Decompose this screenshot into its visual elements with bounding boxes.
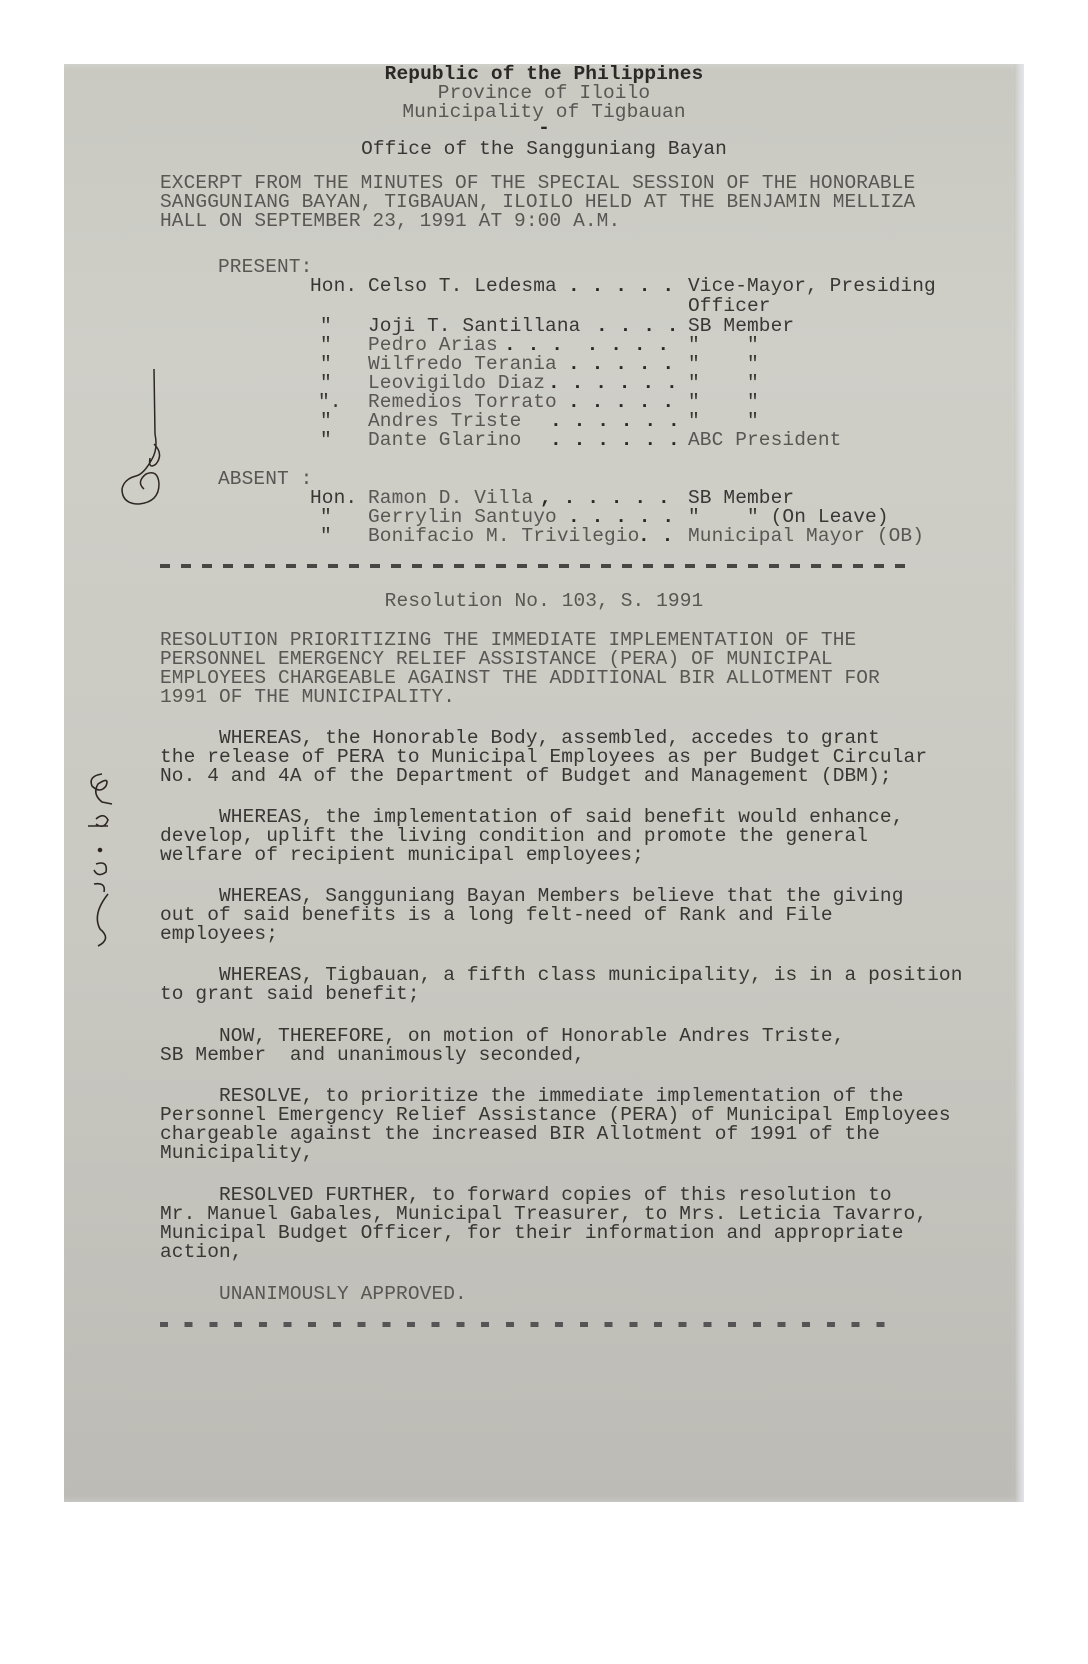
paragraph-line: Municipal Budget Officer, for their info…: [160, 1223, 904, 1244]
present-label: PRESENT:: [218, 257, 312, 278]
end-divider: [160, 1322, 900, 1327]
present-prefix: ": [320, 430, 332, 451]
absent-label: ABSENT :: [218, 469, 312, 490]
absent-prefix: Hon.: [310, 488, 357, 509]
paragraph-line: Municipality,: [160, 1143, 313, 1164]
paragraph-line: to grant said benefit;: [160, 984, 420, 1005]
paragraph-line: welfare of recipient municipal employees…: [160, 845, 644, 866]
document-page: Republic of the Philippines Province of …: [64, 64, 1024, 1502]
present-name: Dante Glarino: [368, 430, 521, 451]
section-divider: [160, 564, 916, 568]
paragraph-line: SB Member and unanimously seconded,: [160, 1045, 585, 1066]
title-line: 1991 OF THE MUNICIPALITY.: [160, 687, 455, 708]
paragraph-line: employees;: [160, 924, 278, 945]
present-role-cont: Officer: [688, 296, 771, 317]
absent-leader: . .: [638, 526, 673, 547]
paragraph-line: action,: [160, 1242, 243, 1263]
handwritten-initials-icon: [114, 364, 184, 524]
approval-statement: UNANIMOUSLY APPROVED.: [160, 1284, 467, 1305]
resolution-number: Resolution No. 103, S. 1991: [64, 591, 1024, 612]
excerpt-line-3: HALL ON SEPTEMBER 23, 1991 AT 9:00 A.M.: [160, 211, 620, 232]
absent-prefix: ": [320, 526, 332, 547]
present-role: ABC President: [688, 430, 841, 451]
paragraph-line: No. 4 and 4A of the Department of Budget…: [160, 766, 892, 787]
present-role: Vice-Mayor, Presiding: [688, 276, 936, 297]
present-leader: . . . . . .: [550, 430, 680, 451]
handwritten-note-icon: [78, 764, 122, 954]
present-name: Celso T. Ledesma: [368, 276, 557, 297]
absent-name: Bonifacio M. Trivilegio: [368, 526, 639, 547]
present-prefix: Hon.: [310, 276, 357, 297]
present-leader: . . . . .: [568, 276, 674, 297]
header-office: Office of the Sangguniang Bayan: [64, 139, 1024, 160]
header-separator: -: [64, 118, 1024, 139]
absent-role: Municipal Mayor (OB): [688, 526, 924, 547]
